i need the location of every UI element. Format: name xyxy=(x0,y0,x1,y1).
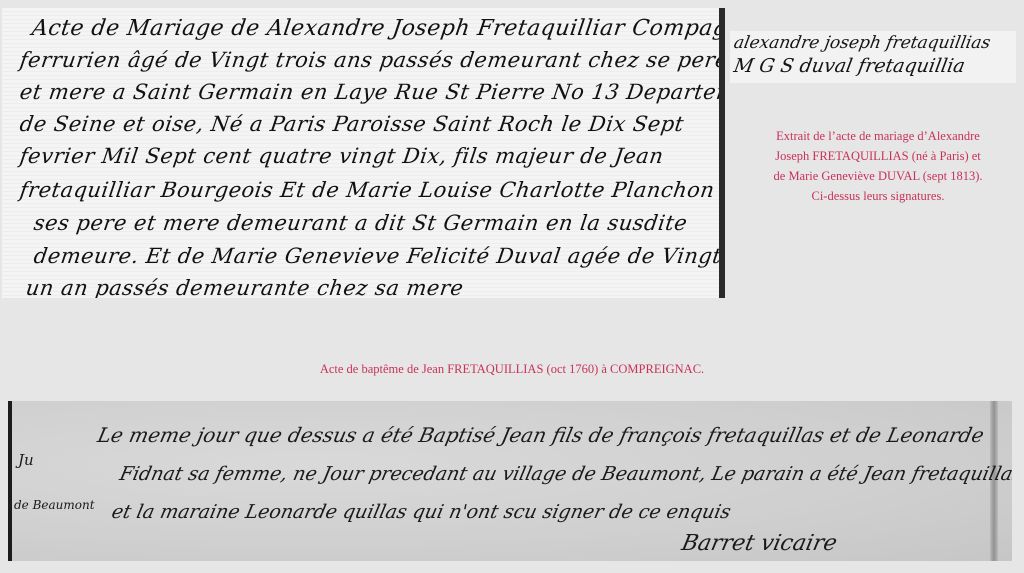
caption-line: de Marie Geneviève DUVAL (sept 1813). xyxy=(738,166,1018,186)
baptism-caption: Acte de baptême de Jean FRETAQUILLIAS (o… xyxy=(0,359,1024,379)
margin-number: Ju xyxy=(18,451,34,469)
marriage-line: Acte de Mariage de Alexandre Joseph Fret… xyxy=(30,16,725,41)
caption-line: Ci-dessus leurs signatures. xyxy=(738,186,1018,206)
marriage-line: demeure. Et de Marie Genevieve Felicité … xyxy=(32,244,723,268)
marriage-line: un an passés demeurante chez sa mere xyxy=(24,276,465,298)
baptism-record-image: Ju de Beaumont Le meme jour que dessus a… xyxy=(8,401,1012,561)
baptism-signature: Barret vicaire xyxy=(679,531,839,556)
margin-place: de Beaumont xyxy=(14,498,95,512)
signature-groom: alexandre joseph fretaquillias xyxy=(732,33,992,53)
baptism-line: et la maraine Leonarde quillas qui n'ont… xyxy=(110,501,733,523)
marriage-line: fretaquilliar Bourgeois Et de Marie Loui… xyxy=(18,178,716,202)
marriage-line: et mere a Saint Germain en Laye Rue St P… xyxy=(18,80,725,104)
caption-line: Joseph FRETAQUILLIAS (né à Paris) et xyxy=(738,146,1018,166)
baptism-line: Fidnat sa femme, ne Jour precedant au vi… xyxy=(118,463,1012,485)
caption-line: Extrait de l’acte de mariage d’Alexandre xyxy=(738,126,1018,146)
marriage-line: de Seine et oise, Né a Paris Paroisse Sa… xyxy=(18,112,685,136)
marriage-line: ferrurien âgé de Vingt trois ans passés … xyxy=(18,48,725,72)
signature-bride: M G S duval fretaquillia xyxy=(732,55,967,77)
marriage-line: ses pere et mere demeurant a dit St Germ… xyxy=(32,211,689,235)
marriage-record-image: Acte de Mariage de Alexandre Joseph Fret… xyxy=(2,8,725,298)
marriage-caption: Extrait de l’acte de mariage d’Alexandre… xyxy=(738,126,1018,206)
marriage-line: fevrier Mil Sept cent quatre vingt Dix, … xyxy=(18,144,665,168)
baptism-line: Le meme jour que dessus a été Baptisé Je… xyxy=(95,423,986,447)
signatures-image: alexandre joseph fretaquillias M G S duv… xyxy=(730,31,1016,83)
